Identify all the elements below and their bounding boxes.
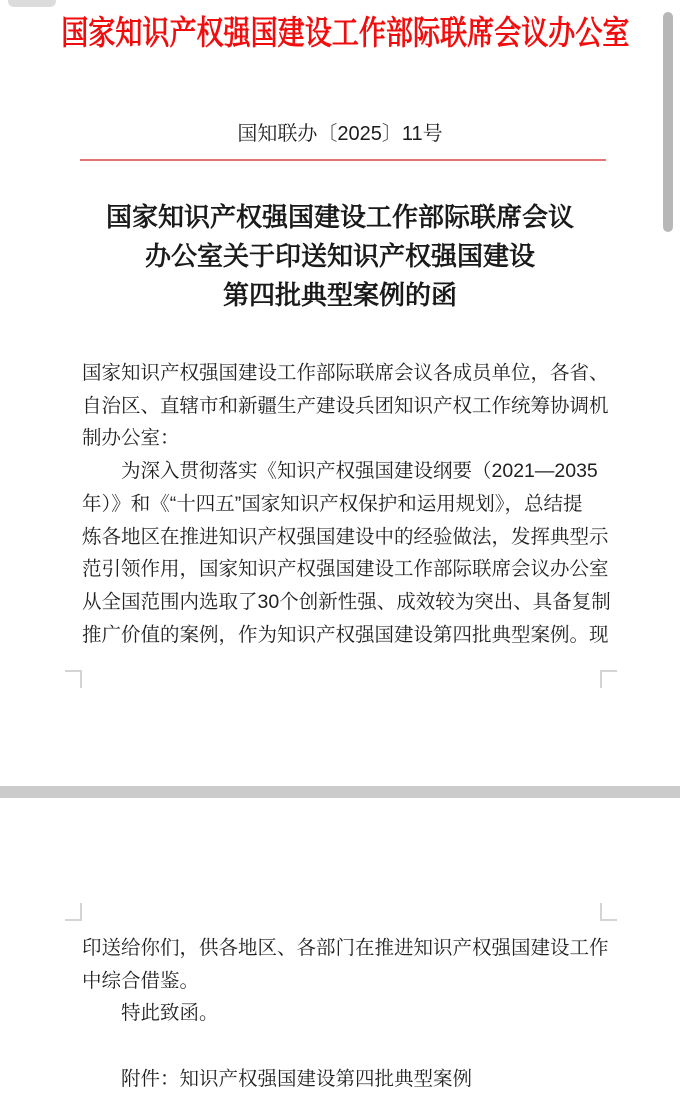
body-text-page-1: 国家知识产权强国建设工作部际联席会议各成员单位，各省、自治区、直辖市和新疆生产建… [82, 357, 612, 651]
doc-text-line: 国家知识产权强国建设工作部际联席会议各成员单位，各省、 [82, 357, 612, 390]
doc-text-line: 推广价值的案例，作为知识产权强国建设第四批典型案例。现 [82, 619, 612, 652]
doc-text-line: 中综合借鉴。 [82, 965, 612, 998]
letterhead-title: 国家知识产权强国建设工作部际联席会议办公室 [61, 11, 619, 55]
document-title: 国家知识产权强国建设工作部际联席会议办公室关于印送知识产权强国建设第四批典型案例… [0, 198, 680, 315]
top-edge-artifact [8, 0, 56, 7]
doc-text-line: 年）》和《“十四五”国家知识产权保护和运用规划》，总结提 [82, 488, 612, 521]
doc-text-line: 自治区、直辖市和新疆生产建设兵团知识产权工作统筹协调机 [82, 390, 612, 423]
vertical-scrollbar-thumb[interactable] [663, 12, 673, 232]
doc-text-line: 办公室关于印送知识产权强国建设 [0, 237, 680, 276]
document-number: 国知联办〔2025〕11号 [0, 121, 680, 147]
doc-text-line: 印送给你们，供各地区、各部门在推进知识产权强国建设工作 [82, 932, 612, 965]
page2-top-left-corner-mark [65, 903, 82, 921]
page-gap-separator [0, 786, 680, 798]
page1-bottom-left-corner-mark [65, 670, 82, 688]
page2-top-right-corner-mark [600, 903, 617, 921]
page1-bottom-right-corner-mark [600, 670, 617, 688]
doc-text-line: 制办公室： [82, 422, 612, 455]
doc-text-line: 为深入贯彻落实《知识产权强国建设纲要（2021—2035 [82, 455, 612, 488]
doc-text-line: 从全国范围内选取了30个创新性强、成效较为突出、具备复制 [82, 586, 612, 619]
blank-line [82, 1030, 612, 1063]
doc-text-line: 国家知识产权强国建设工作部际联席会议 [0, 198, 680, 237]
doc-text-line: 第四批典型案例的函 [0, 276, 680, 315]
doc-text-line: 附件：知识产权强国建设第四批典型案例 [82, 1063, 612, 1096]
document-viewer[interactable]: 国家知识产权强国建设工作部际联席会议办公室 国知联办〔2025〕11号 国家知识… [0, 0, 680, 1110]
doc-text-line: 炼各地区在推进知识产权强国建设中的经验做法，发挥典型示 [82, 521, 612, 554]
doc-text-line: 范引领作用，国家知识产权强国建设工作部际联席会议办公室 [82, 553, 612, 586]
letterhead-divider [80, 159, 606, 161]
page-1: 国家知识产权强国建设工作部际联席会议办公室 国知联办〔2025〕11号 国家知识… [0, 0, 680, 786]
body-text-page-2: 印送给你们，供各地区、各部门在推进知识产权强国建设工作中综合借鉴。特此致函。附件… [82, 932, 612, 1096]
page-2: 印送给你们，供各地区、各部门在推进知识产权强国建设工作中综合借鉴。特此致函。附件… [0, 798, 680, 1110]
doc-text-line: 特此致函。 [82, 997, 612, 1030]
